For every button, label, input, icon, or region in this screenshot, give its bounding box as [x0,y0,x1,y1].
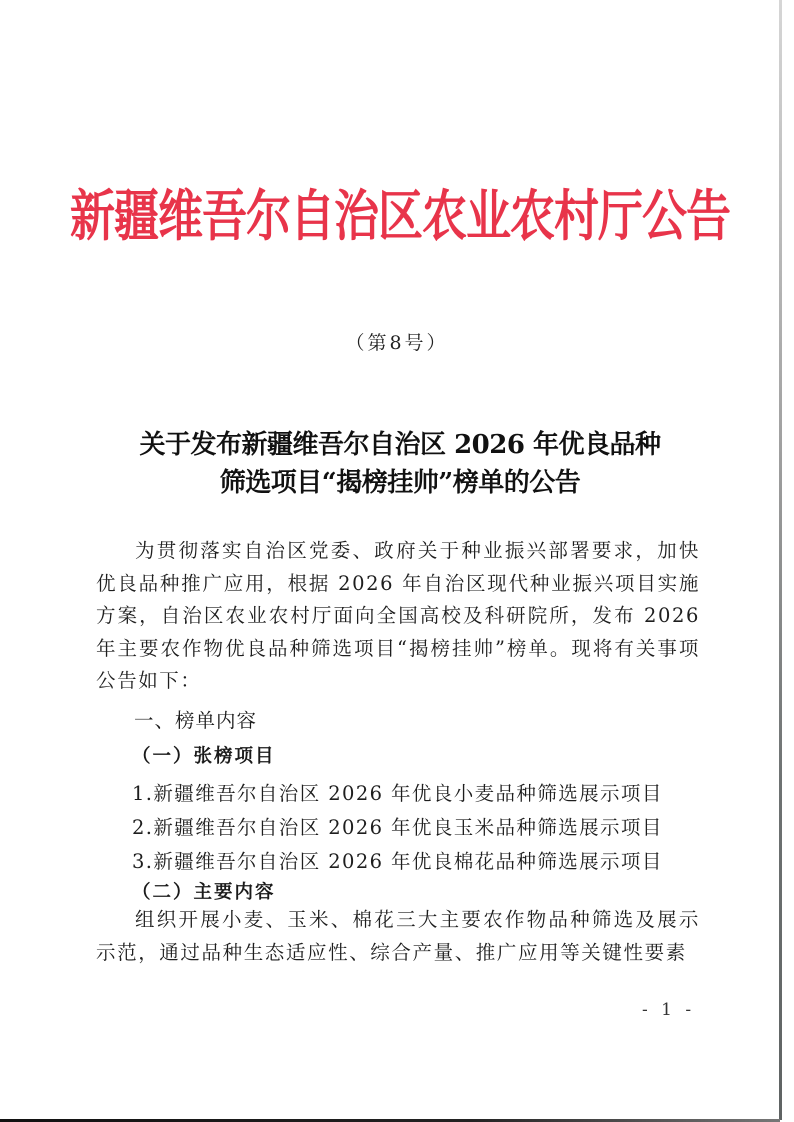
document-title-line-2: 筛选项目“揭榜挂帅”榜单的公告 [90,464,710,502]
subsection-heading-2: （二）主要内容 [132,878,276,904]
intro-paragraph: 为贯彻落实自治区党委、政府关于种业振兴部署要求，加快优良品种推广应用，根据 20… [96,535,700,698]
intro-section: 为贯彻落实自治区党委、政府关于种业振兴部署要求，加快优良品种推广应用，根据 20… [96,535,700,698]
document-page: 新疆维吾尔自治区农业农村厅公告 （第8号） 关于发布新疆维吾尔自治区 2026 … [0,0,794,1122]
masthead-title: 新疆维吾尔自治区农业农村厅公告 [70,168,730,266]
document-number: （第8号） [0,328,794,355]
main-content-section: 组织开展小麦、玉米、棉花三大主要农作物品种筛选及展示示范，通过品种生态适应性、综… [96,904,700,969]
project-list-item-3: 3.新疆维吾尔自治区 2026 年优良棉花品种筛选展示项目 [132,846,663,874]
document-title-line-1: 关于发布新疆维吾尔自治区 2026 年优良品种 [90,426,710,464]
page-number: - 1 - [642,1000,695,1020]
subsection-heading-1: （一）张榜项目 [132,742,276,768]
document-title: 关于发布新疆维吾尔自治区 2026 年优良品种 筛选项目“揭榜挂帅”榜单的公告 [90,426,710,502]
scan-right-edge [779,0,782,1120]
project-list-item-2: 2.新疆维吾尔自治区 2026 年优良玉米品种筛选展示项目 [132,812,663,840]
project-list-item-1: 1.新疆维吾尔自治区 2026 年优良小麦品种筛选展示项目 [132,778,663,806]
main-content-paragraph: 组织开展小麦、玉米、棉花三大主要农作物品种筛选及展示示范，通过品种生态适应性、综… [96,904,700,969]
section-heading-1: 一、榜单内容 [134,705,257,733]
